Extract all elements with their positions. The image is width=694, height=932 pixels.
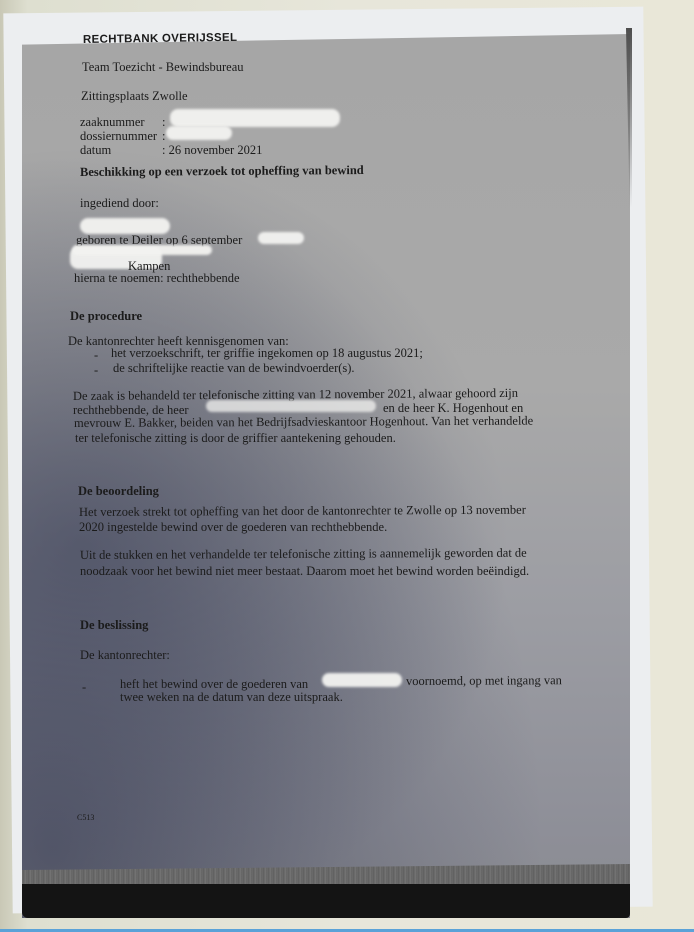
footer-code: C513	[77, 813, 94, 822]
bullet-dash: -	[94, 363, 98, 378]
document-title: Beschikking op een verzoek tot opheffing…	[80, 163, 364, 180]
meta-label: zaaknummer	[80, 115, 145, 129]
hearing-line: mevrouw E. Bakker, beiden van het Bedrij…	[74, 414, 533, 431]
meta-label: dossiernummer	[80, 129, 157, 143]
meta-value: :	[162, 129, 165, 143]
assessment-line: 2020 ingestelde bewind over de goederen …	[79, 520, 387, 535]
heading-procedure: De procedure	[70, 309, 142, 324]
meta-label: datum	[80, 143, 111, 157]
bullet-dash: -	[82, 680, 86, 695]
bullet-dash: -	[94, 348, 98, 363]
session-location: Zittingsplaats Zwolle	[81, 89, 188, 104]
procedure-item: de schriftelijke reactie van de bewindvo…	[113, 361, 355, 376]
submitted-by-label: ingediend door:	[80, 196, 159, 211]
document-content: RECHTBANK OVERIJSSEL Team Toezicht - Bew…	[0, 0, 694, 932]
redaction	[170, 109, 340, 127]
redaction	[206, 400, 376, 412]
decision-item: twee weken na de datum van deze uitspraa…	[120, 690, 343, 705]
team-name: Team Toezicht - Bewindsbureau	[82, 60, 244, 75]
decision-item: voornoemd, op met ingang van	[406, 673, 562, 689]
hereinafter-line: hierna te noemen: rechthebbende	[74, 271, 240, 286]
court-name: RECHTBANK OVERIJSSEL	[83, 32, 237, 46]
redaction	[166, 126, 232, 140]
meta-value: :	[162, 115, 165, 129]
meta-value: : 26 november 2021	[162, 143, 262, 157]
heading-decision: De beslissing	[80, 618, 148, 633]
assessment-line: Het verzoek strekt tot opheffing van het…	[79, 503, 526, 520]
heading-assessment: De beoordeling	[78, 484, 159, 499]
meta-date: datum: 26 november 2021	[80, 143, 157, 157]
redaction	[258, 232, 304, 244]
meta-case-number: zaaknummer:	[80, 115, 157, 129]
redaction	[322, 673, 402, 687]
redaction	[72, 245, 212, 255]
hearing-line: ter telefonische zitting is door de grif…	[75, 431, 396, 446]
assessment-line: noodzaak voor het bewind niet meer besta…	[80, 564, 529, 579]
assessment-line: Uit de stukken en het verhandelde ter te…	[80, 546, 527, 563]
procedure-item: het verzoekschrift, ter griffie ingekome…	[111, 346, 423, 361]
meta-block: zaaknummer: dossiernummer: datum: 26 nov…	[80, 115, 157, 157]
redaction	[80, 218, 170, 234]
decision-intro: De kantonrechter:	[80, 648, 170, 663]
meta-file-number: dossiernummer:	[80, 129, 157, 143]
